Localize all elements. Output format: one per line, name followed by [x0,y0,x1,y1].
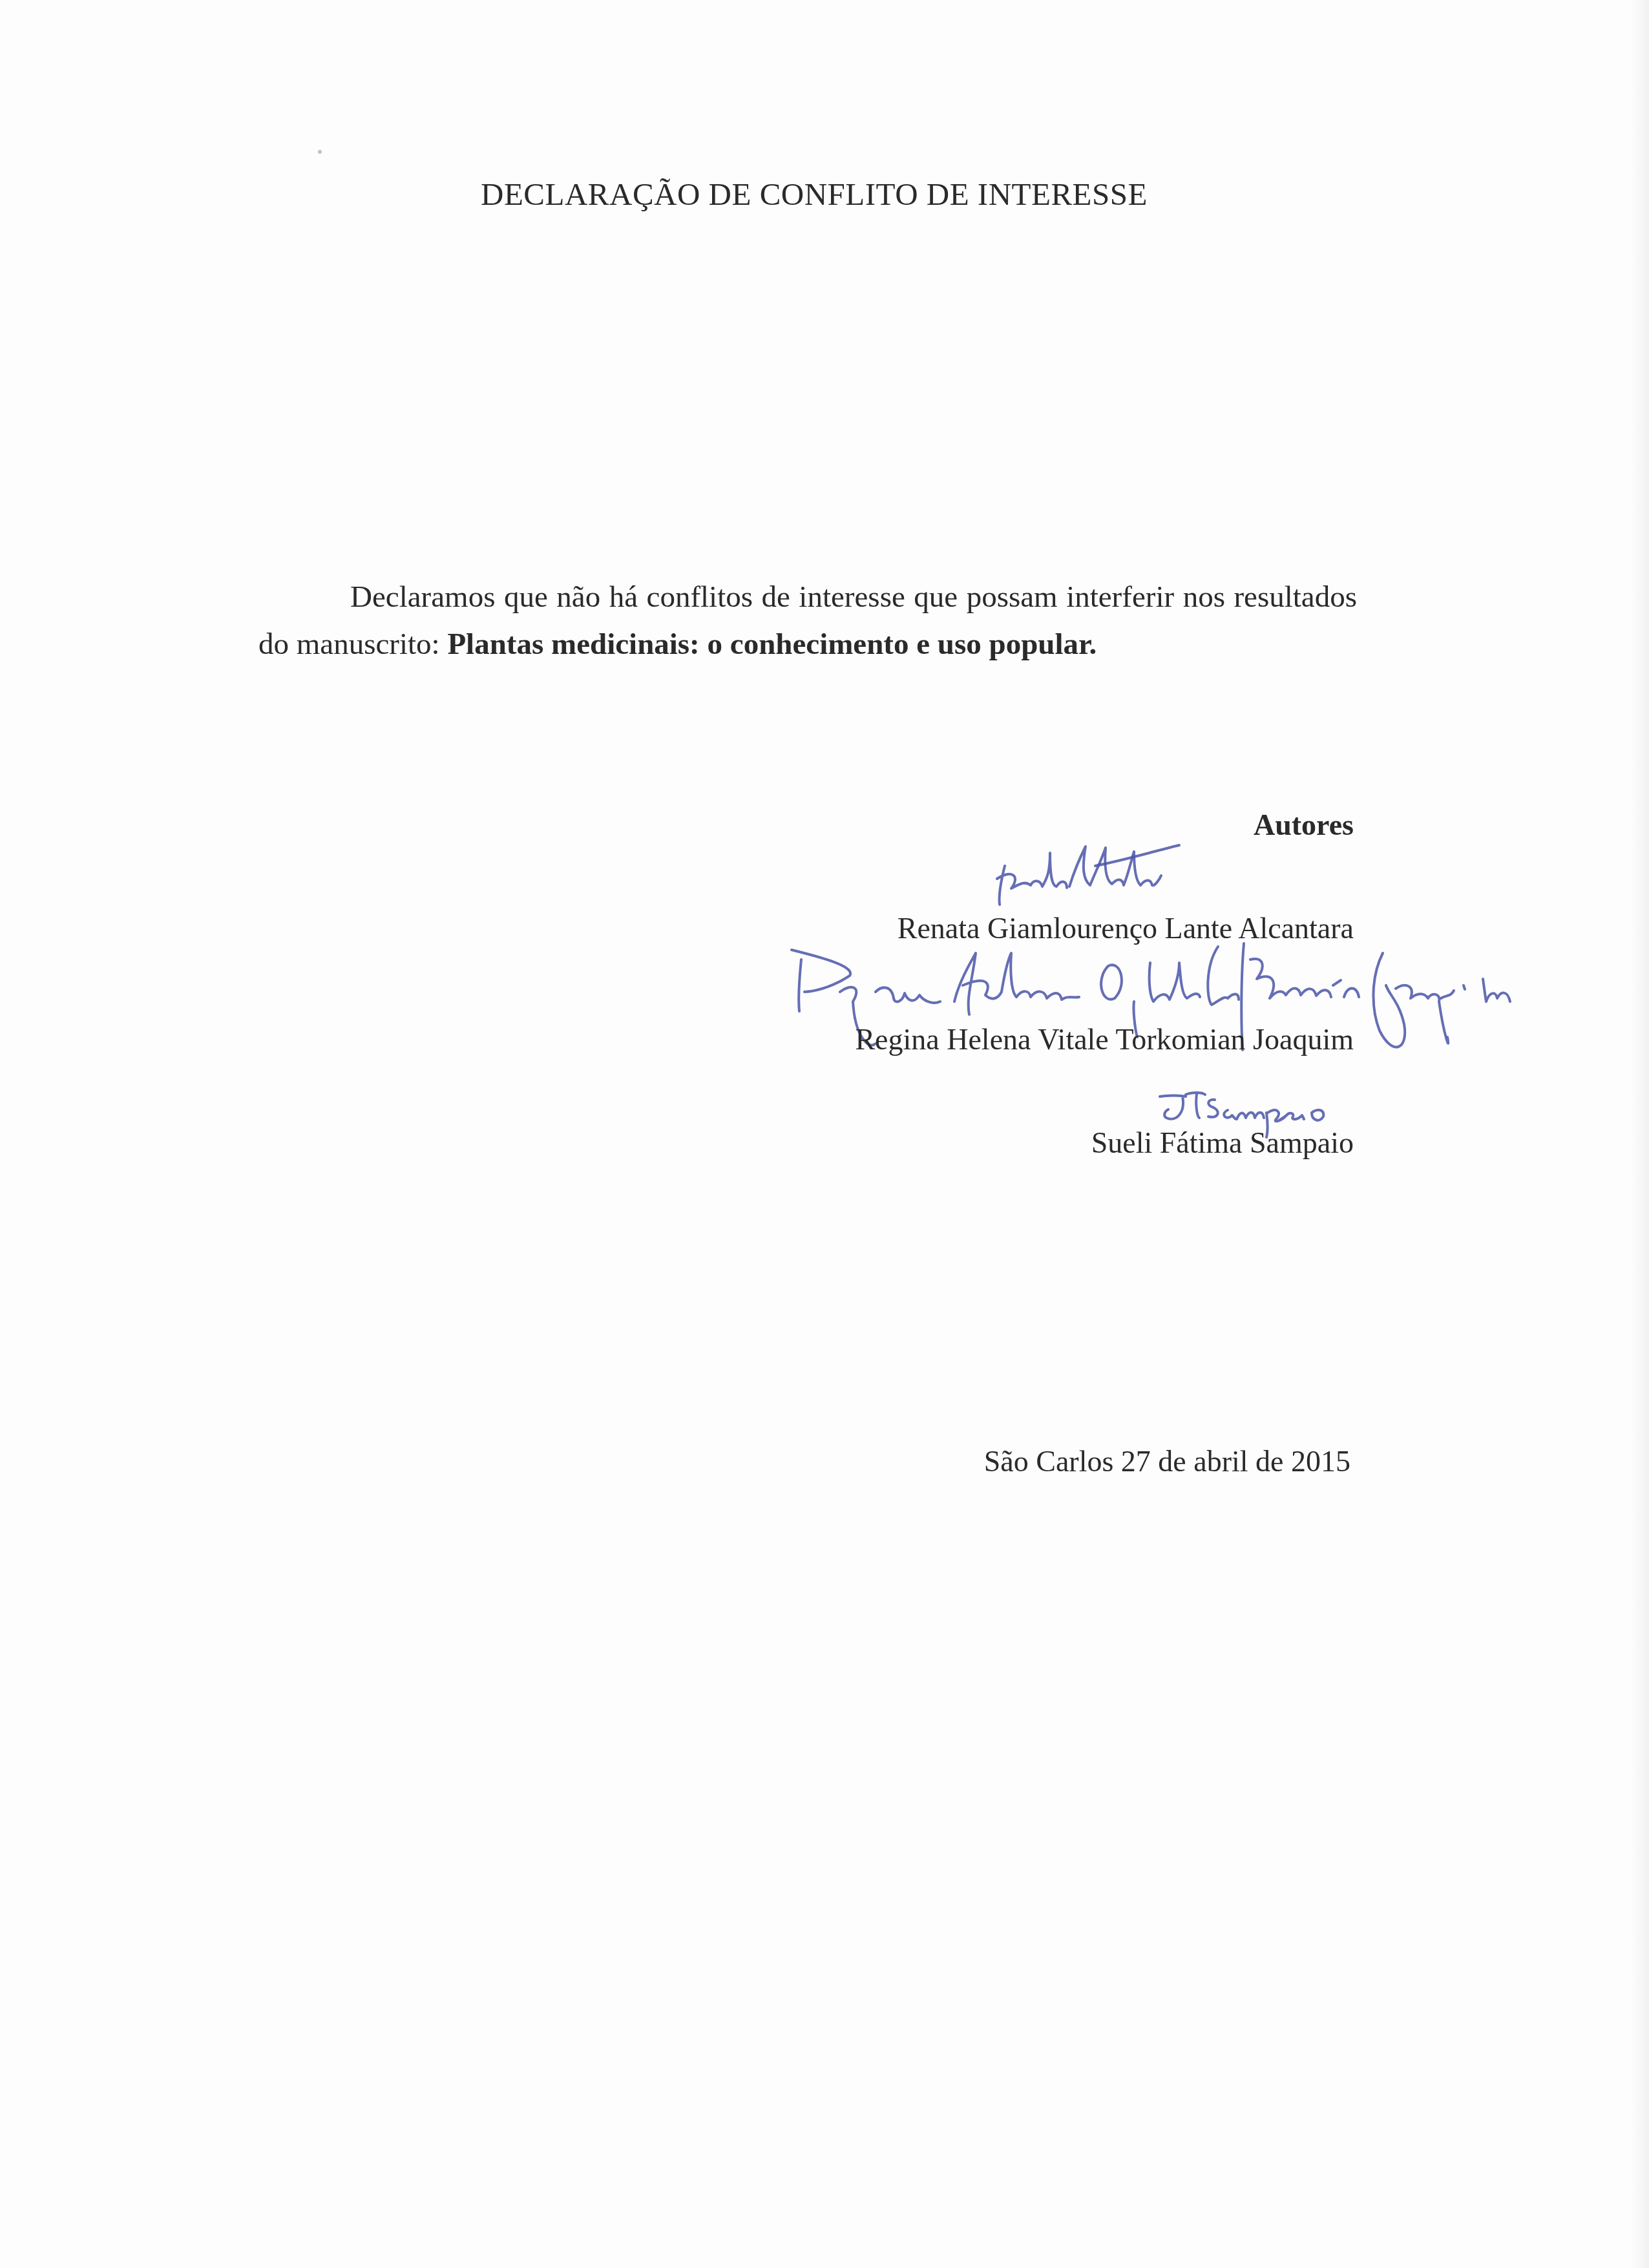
scan-speck [318,150,322,154]
authors-heading: Autores [1254,808,1354,842]
author-name: Regina Helena Vitale Torkomian Joaquim [855,1022,1354,1056]
signature-renata-icon [985,840,1192,911]
place-and-date: São Carlos 27 de abril de 2015 [984,1444,1350,1478]
document-title: DECLARAÇÃO DE CONFLITO DE INTERESSE [0,176,1639,213]
author-name: Sueli Fátima Sampaio [1091,1126,1354,1160]
manuscript-title: Plantas medicinais: o conhecimento e uso… [447,627,1097,661]
scan-edge-shadow [1631,0,1649,2268]
scanned-page: DECLARAÇÃO DE CONFLITO DE INTERESSE Decl… [0,0,1649,2268]
declaration-paragraph: Declaramos que não há conflitos de inter… [258,574,1357,668]
